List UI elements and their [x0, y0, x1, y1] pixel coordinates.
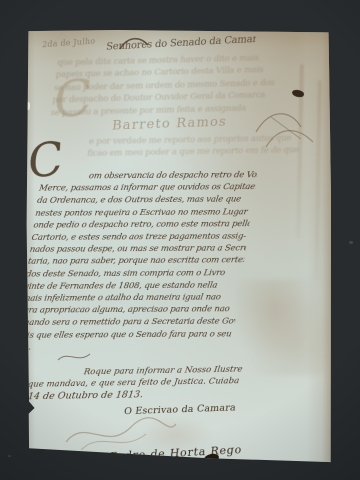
letter-body-paragraph: om observancia do despacho retro de Voss… — [14, 169, 258, 354]
manuscript-page: 2da de Julho Senhores do Senado da Camar… — [26, 30, 331, 463]
closing-line: Roque para informar a Nosso Ilustre Mart… — [83, 365, 245, 378]
stain-smudge — [236, 280, 331, 375]
body-line: pois que elles esperao que o Senado fara… — [16, 328, 234, 342]
date-line: 14 de Outubro de 1813. — [27, 389, 179, 403]
body-line: da Ordenanca, e dos Outros destes, mas v… — [36, 194, 254, 208]
background-speck — [349, 241, 353, 244]
showthrough-initial-flourish: C — [51, 72, 94, 126]
ink-scribble-flourish — [251, 102, 321, 157]
background-speck — [8, 455, 11, 457]
paper-edge-chip — [26, 102, 30, 110]
ink-blot — [203, 453, 219, 464]
end-of-paragraph-flourish — [56, 350, 96, 366]
closing-line: que mandava, e que sera feito de Justica… — [27, 376, 245, 390]
photograph-of-manuscript: 2da de Julho Senhores do Senado da Camar… — [0, 0, 360, 480]
body-line: fim. — [14, 340, 232, 354]
body-line: quando sera o remettido para a Secretari… — [18, 316, 236, 330]
body-line: taria, nao para saber, porque nao escrit… — [27, 255, 245, 269]
